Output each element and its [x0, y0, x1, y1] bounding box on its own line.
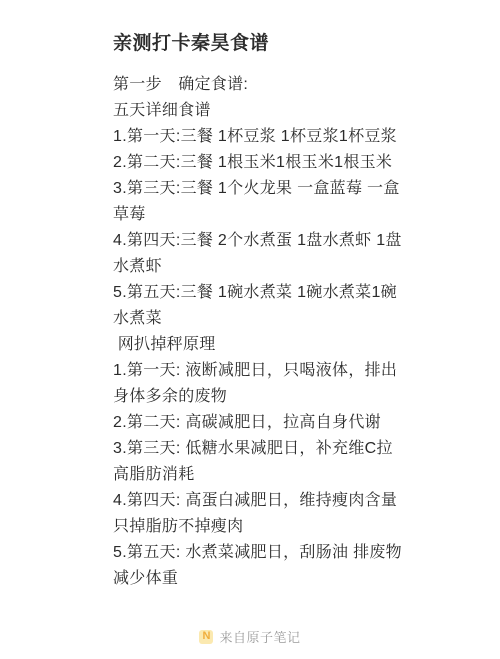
note-line: 1.第一天: 液断减肥日，只喝液体，排出: [113, 358, 413, 384]
note-page: 亲测打卡秦昊食谱 第一步 确定食谱:五天详细食谱1.第一天:三餐 1杯豆浆 1杯…: [0, 0, 500, 659]
note-line: 3.第三天: 低糖水果减肥日，补充维C拉: [113, 436, 413, 462]
note-line: 减少体重: [113, 566, 413, 592]
watermark-text: 来自原子笔记: [219, 627, 300, 646]
note-line: 1.第一天:三餐 1杯豆浆 1杯豆浆1杯豆浆: [113, 124, 413, 150]
note-line: 草莓: [113, 202, 413, 228]
note-line: 2.第二天:三餐 1根玉米1根玉米1根玉米: [113, 150, 413, 176]
note-line: 五天详细食谱: [113, 98, 413, 124]
note-line: 身体多余的废物: [113, 384, 413, 410]
note-content: 亲测打卡秦昊食谱 第一步 确定食谱:五天详细食谱1.第一天:三餐 1杯豆浆 1杯…: [113, 32, 413, 592]
note-line: 4.第四天:三餐 2个水煮蛋 1盘水煮虾 1盘: [113, 228, 413, 254]
note-line: 水煮虾: [113, 254, 413, 280]
note-body: 第一步 确定食谱:五天详细食谱1.第一天:三餐 1杯豆浆 1杯豆浆1杯豆浆2.第…: [113, 72, 413, 592]
note-line: 高脂肪消耗: [113, 462, 413, 488]
note-line: 5.第五天:三餐 1碗水煮菜 1碗水煮菜1碗: [113, 280, 413, 306]
note-line: 2.第二天: 高碳减肥日，拉高自身代谢: [113, 410, 413, 436]
footer-watermark: N 来自原子笔记: [0, 627, 500, 646]
note-line: 水煮菜: [113, 306, 413, 332]
note-line: 3.第三天:三餐 1个火龙果 一盒蓝莓 一盒: [113, 176, 413, 202]
page-title: 亲测打卡秦昊食谱: [113, 32, 413, 55]
note-line: 5.第五天: 水煮菜减肥日，刮肠油 排废物: [113, 540, 413, 566]
note-line: 4.第四天: 高蛋白减肥日，维持瘦肉含量: [113, 488, 413, 514]
note-line: 只掉脂肪不掉瘦肉: [113, 514, 413, 540]
note-line: 网扒掉秤原理: [113, 332, 413, 358]
atomic-notes-icon: N: [199, 630, 213, 644]
note-line: 第一步 确定食谱:: [113, 72, 413, 98]
